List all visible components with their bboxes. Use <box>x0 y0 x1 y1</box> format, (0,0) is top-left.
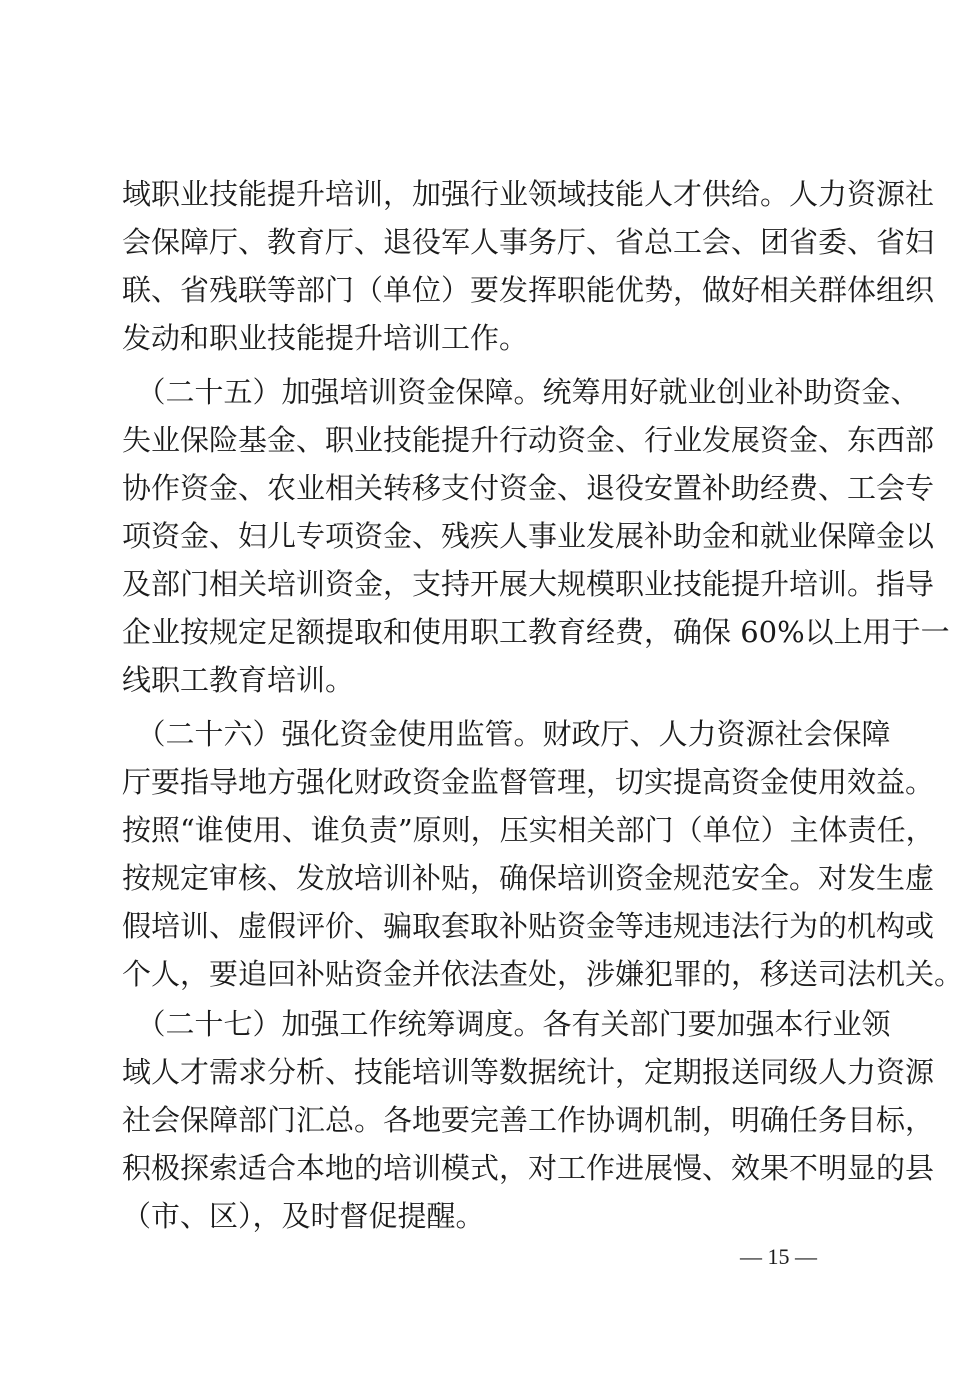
text-line: 厅要指导地方强化财政资金监督管理，切实提高资金使用效益。 <box>122 762 862 802</box>
text-line: （二十七）加强工作统筹调度。各有关部门要加强本行业领 <box>122 1004 862 1044</box>
text-line: 会保障厅、教育厅、退役军人事务厅、省总工会、团省委、省妇 <box>122 222 862 262</box>
text-line: 项资金、妇儿专项资金、残疾人事业发展补助金和就业保障金以 <box>122 516 862 556</box>
text-line: （二十五）加强培训资金保障。统筹用好就业创业补助资金、 <box>122 372 862 412</box>
document-page: 域职业技能提升培训，加强行业领域技能人才供给。人力资源社会保障厅、教育厅、退役军… <box>0 0 974 1385</box>
text-line: 发动和职业技能提升培训工作。 <box>122 318 862 358</box>
text-line: 协作资金、农业相关转移支付资金、退役安置补助经费、工会专 <box>122 468 862 508</box>
text-line: 社会保障部门汇总。各地要完善工作协调机制，明确任务目标， <box>122 1100 862 1140</box>
text-line: 域职业技能提升培训，加强行业领域技能人才供给。人力资源社 <box>122 174 862 214</box>
text-line: 失业保险基金、职业技能提升行动资金、行业发展资金、东西部 <box>122 420 862 460</box>
text-line: 假培训、虚假评价、骗取套取补贴资金等违规违法行为的机构或 <box>122 906 862 946</box>
text-line: 按规定审核、发放培训补贴，确保培训资金规范安全。对发生虚 <box>122 858 862 898</box>
text-line: （二十六）强化资金使用监管。财政厅、人力资源社会保障 <box>122 714 862 754</box>
text-line: 联、省残联等部门（单位）要发挥职能优势，做好相关群体组织 <box>122 270 862 310</box>
text-line: 及部门相关培训资金，支持开展大规模职业技能提升培训。指导 <box>122 564 862 604</box>
text-line: 积极探索适合本地的培训模式，对工作进展慢、效果不明显的县 <box>122 1148 862 1188</box>
text-line: 线职工教育培训。 <box>122 660 862 700</box>
text-line: 按照“谁使用、谁负责”原则，压实相关部门（单位）主体责任， <box>122 810 862 850</box>
text-line: 域人才需求分析、技能培训等数据统计，定期报送同级人力资源 <box>122 1052 862 1092</box>
page-number: — 15 — <box>740 1244 817 1270</box>
text-line: （市、区），及时督促提醒。 <box>122 1196 862 1236</box>
text-line: 企业按规定足额提取和使用职工教育经费，确保 60%以上用于一 <box>122 612 862 652</box>
text-line: 个人，要追回补贴资金并依法查处，涉嫌犯罪的，移送司法机关。 <box>122 954 862 994</box>
